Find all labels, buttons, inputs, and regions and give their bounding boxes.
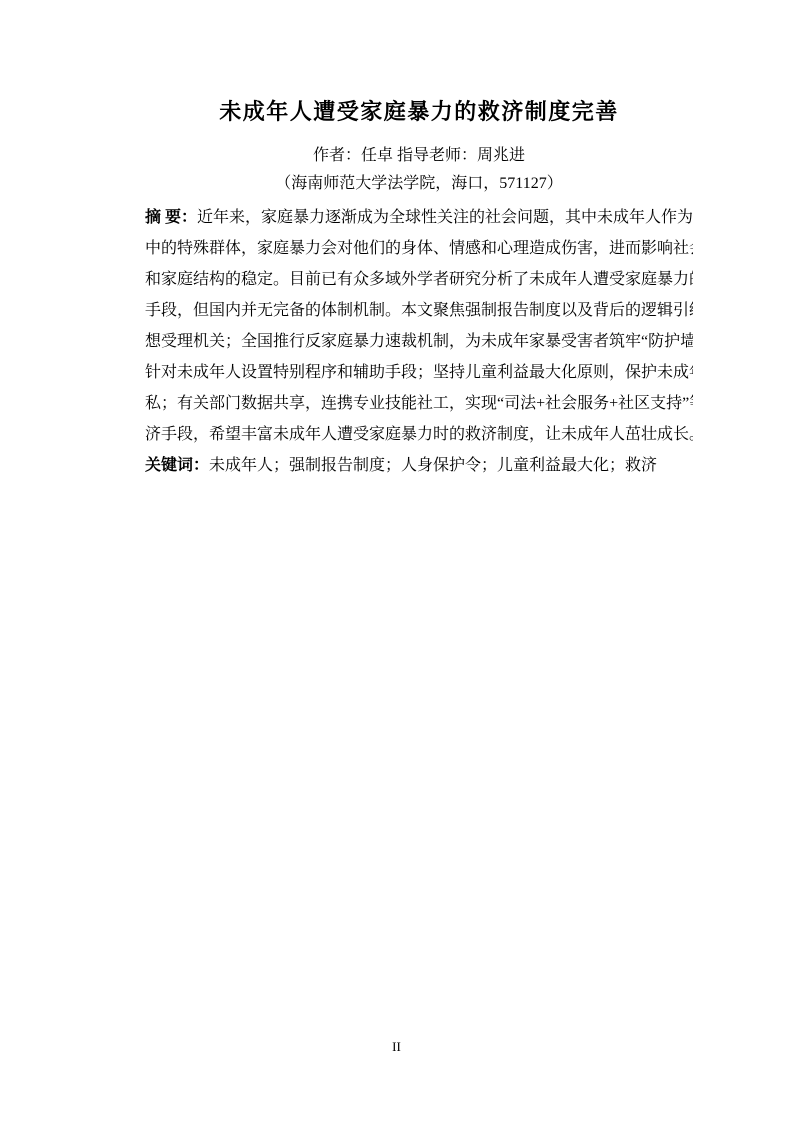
page-number: II <box>0 1038 793 1056</box>
abstract-line-1: 摘 要：近年来，家庭暴力逐渐成为全球性关注的社会问题，其中未成年人作为受害者 <box>145 202 693 233</box>
abstract-line-4: 手段，但国内并无完备的体制机制。本文聚焦强制报告制度以及背后的逻辑引线，设 <box>145 295 693 326</box>
abstract-line-2: 中的特殊群体，家庭暴力会对他们的身体、情感和心理造成伤害，进而影响社会发展 <box>145 233 693 264</box>
keywords-label: 关键词： <box>145 457 209 474</box>
keywords-text: 未成年人；强制报告制度；人身保护令；儿童利益最大化；救济 <box>209 457 657 474</box>
author-line: 作者：任卓 指导老师：周兆进 <box>145 142 693 170</box>
affiliation-line: （海南师范大学法学院，海口，571127） <box>145 170 693 198</box>
abstract-line-8: 济手段，希望丰富未成年人遭受家庭暴力时的救济制度，让未成年人茁壮成长。 <box>145 419 693 450</box>
abstract-line-1-text: 近年来，家庭暴力逐渐成为全球性关注的社会问题，其中未成年人作为受害者 <box>197 209 693 226</box>
abstract-line-6: 针对未成年人设置特别程序和辅助手段；坚持儿童利益最大化原则，保护未成年人隐 <box>145 357 693 388</box>
document-page: 未成年人遭受家庭暴力的救济制度完善 作者：任卓 指导老师：周兆进 （海南师范大学… <box>0 0 793 1122</box>
abstract-line-3: 和家庭结构的稳定。目前已有众多域外学者研究分析了未成年人遭受家庭暴力的救济 <box>145 264 693 295</box>
abstract-label: 摘 要： <box>145 209 197 226</box>
keywords-line: 关键词：未成年人；强制报告制度；人身保护令；儿童利益最大化；救济 <box>145 450 693 481</box>
abstract-paragraph: 摘 要：近年来，家庭暴力逐渐成为全球性关注的社会问题，其中未成年人作为受害者 中… <box>145 202 693 450</box>
abstract-line-5: 想受理机关；全国推行反家庭暴力速裁机制，为未成年家暴受害者筑牢“防护墙”； <box>145 326 693 357</box>
paper-title: 未成年人遭受家庭暴力的救济制度完善 <box>145 97 693 127</box>
abstract-line-7: 私；有关部门数据共享，连携专业技能社工，实现“司法+社会服务+社区支持”等救 <box>145 388 693 419</box>
